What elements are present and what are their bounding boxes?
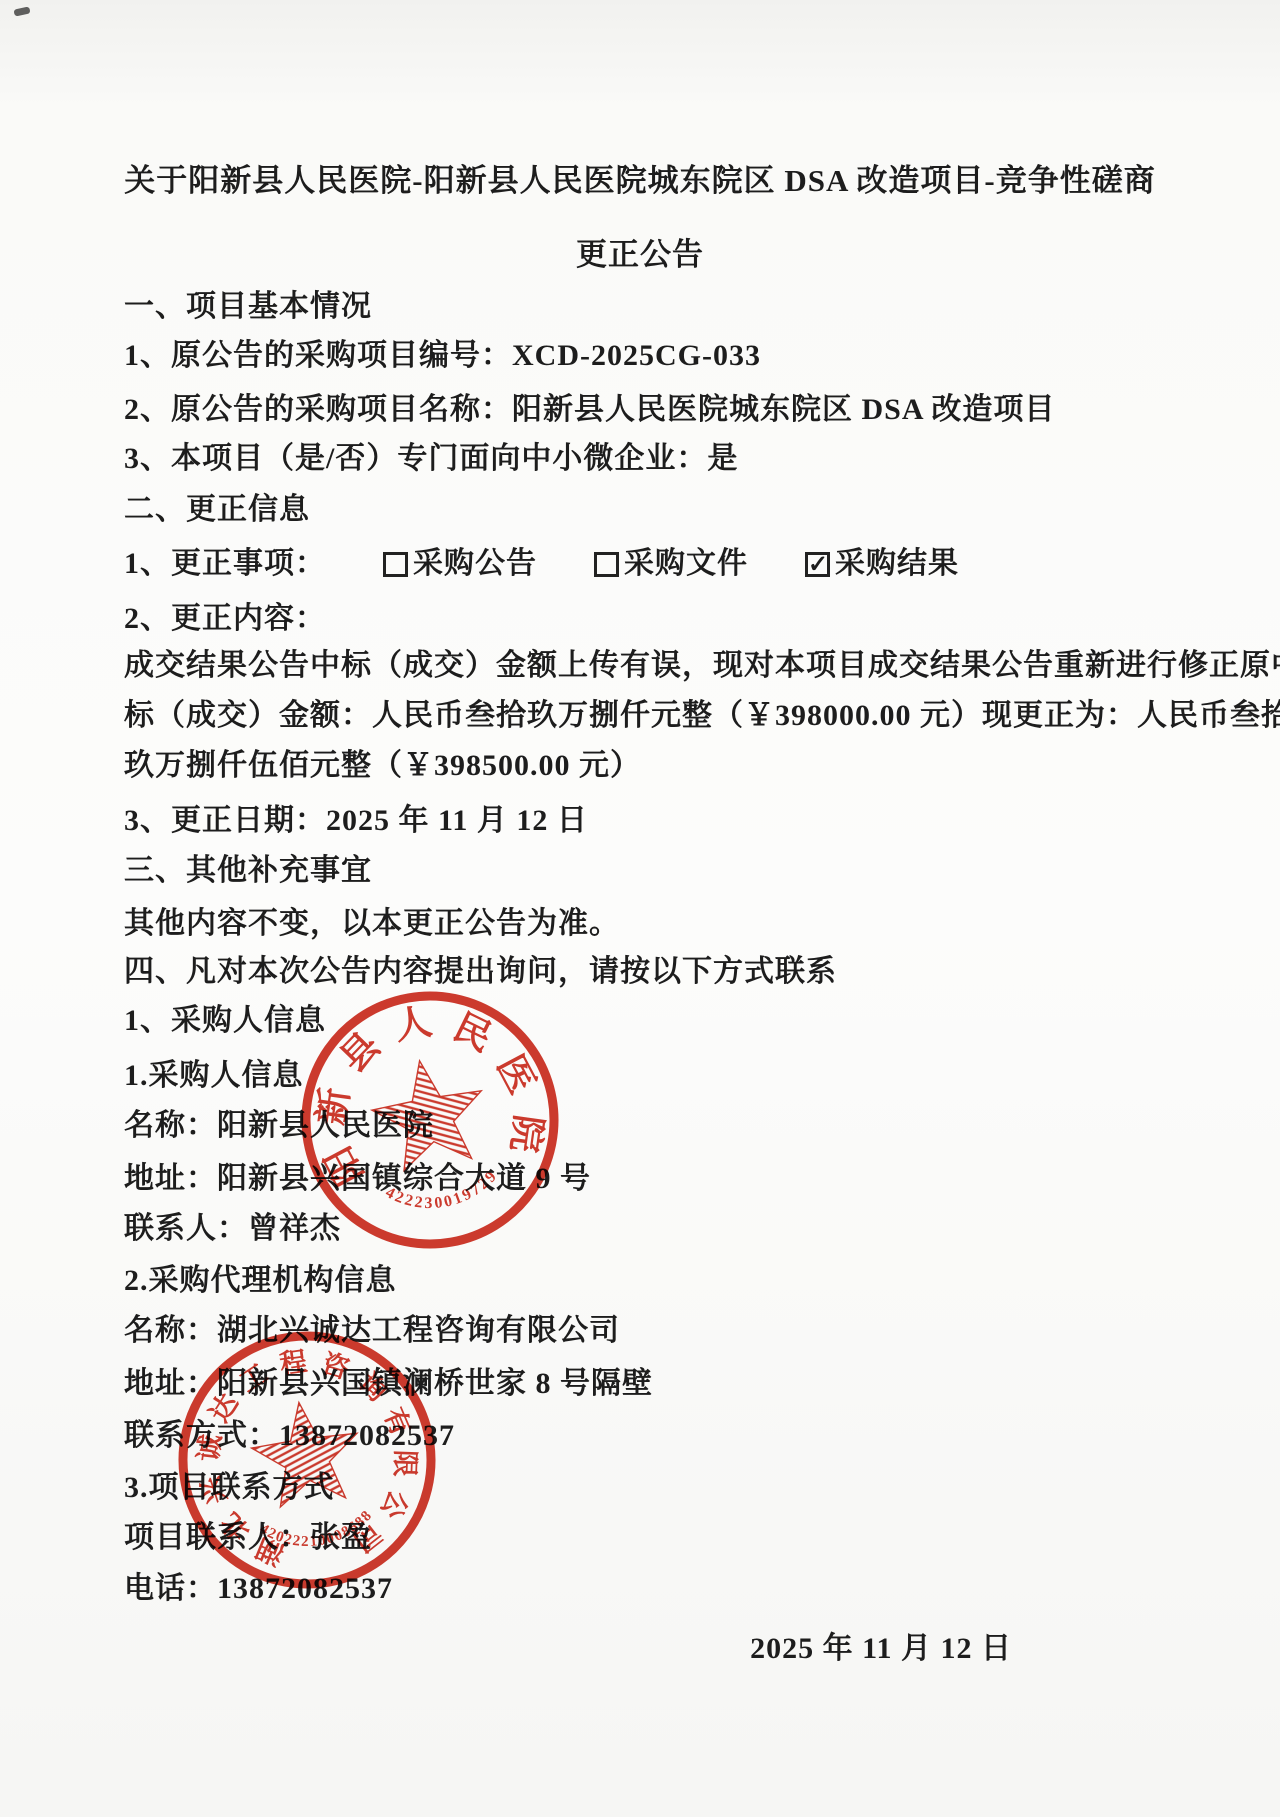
correction-paragraph-line-1: 成交结果公告中标（成交）金额上传有误，现对本项目成交结果公告重新进行修正原中	[124, 645, 1162, 687]
buyer-name-line: 名称：阳新县人民医院	[124, 1105, 1162, 1147]
project-contact-line: 项目联系人：张盈	[124, 1517, 1162, 1559]
scan-artifact	[13, 6, 30, 16]
correction-items-line: 1、更正事项： 采购公告 采购文件 ✓ 采购结果	[124, 543, 1162, 585]
notice-title-line-2: 更正公告	[0, 229, 1280, 274]
buyer-address-line: 地址：阳新县兴国镇综合大道 9 号	[124, 1158, 1162, 1200]
notice-title-line-1: 关于阳新县人民医院-阳新县人民医院城东院区 DSA 改造项目-竞争性磋商	[0, 155, 1280, 200]
option-label: 采购文件	[624, 543, 748, 585]
agency-info-subheading: 2.采购代理机构信息	[124, 1260, 1162, 1302]
correction-content-label: 2、更正内容：	[124, 598, 1162, 640]
section-1-heading: 一、项目基本情况	[124, 286, 1162, 328]
section-2-heading: 二、更正信息	[124, 489, 1162, 531]
option-label: 采购结果	[835, 543, 959, 585]
checkbox-checked-icon: ✓	[805, 552, 830, 577]
checkbox-unchecked-icon	[383, 552, 408, 577]
option-procurement-document: 采购文件	[594, 543, 748, 585]
project-name-line: 2、原公告的采购项目名称：阳新县人民医院城东院区 DSA 改造项目	[124, 389, 1162, 431]
option-label: 采购公告	[413, 543, 537, 585]
correction-date-line: 3、更正日期：2025 年 11 月 12 日	[124, 800, 1162, 842]
option-procurement-result: ✓ 采购结果	[805, 543, 959, 585]
project-number-line: 1、原公告的采购项目编号：XCD-2025CG-033	[124, 335, 1162, 377]
buyer-contact-line: 联系人：曾祥杰	[124, 1208, 1162, 1250]
option-procurement-announcement: 采购公告	[383, 543, 537, 585]
buyer-info-subheading: 1.采购人信息	[124, 1055, 1162, 1097]
sme-oriented-line: 3、本项目（是/否）专门面向中小微企业：是	[124, 438, 1162, 480]
correction-paragraph-line-2: 标（成交）金额：人民币叁拾玖万捌仟元整（￥398000.00 元）现更正为：人民…	[124, 695, 1162, 737]
buyer-info-heading: 1、采购人信息	[124, 1000, 1162, 1042]
section-3-heading: 三、其他补充事宜	[124, 850, 1162, 892]
correction-paragraph-line-3: 玖万捌仟伍佰元整（￥398500.00 元）	[124, 745, 1162, 787]
project-phone-line: 电话：13872082537	[124, 1568, 1162, 1610]
agency-name-line: 名称：湖北兴诚达工程咨询有限公司	[124, 1310, 1162, 1352]
agency-address-line: 地址：阳新县兴国镇澜桥世家 8 号隔壁	[124, 1363, 1162, 1405]
checkbox-unchecked-icon	[594, 552, 619, 577]
correction-items-label: 1、更正事项：	[124, 543, 326, 585]
signature-date: 2025 年 11 月 12 日	[0, 1623, 1012, 1667]
project-contact-subheading: 3.项目联系方式	[124, 1467, 1162, 1509]
scanned-notice-page: 关于阳新县人民医院-阳新县人民医院城东院区 DSA 改造项目-竞争性磋商 更正公…	[0, 0, 1280, 1817]
section-4-heading: 四、凡对本次公告内容提出询问，请按以下方式联系	[124, 951, 1162, 993]
supplement-line: 其他内容不变，以本更正公告为准。	[124, 903, 1162, 945]
agency-phone-line: 联系方式：13872082537	[124, 1415, 1162, 1457]
